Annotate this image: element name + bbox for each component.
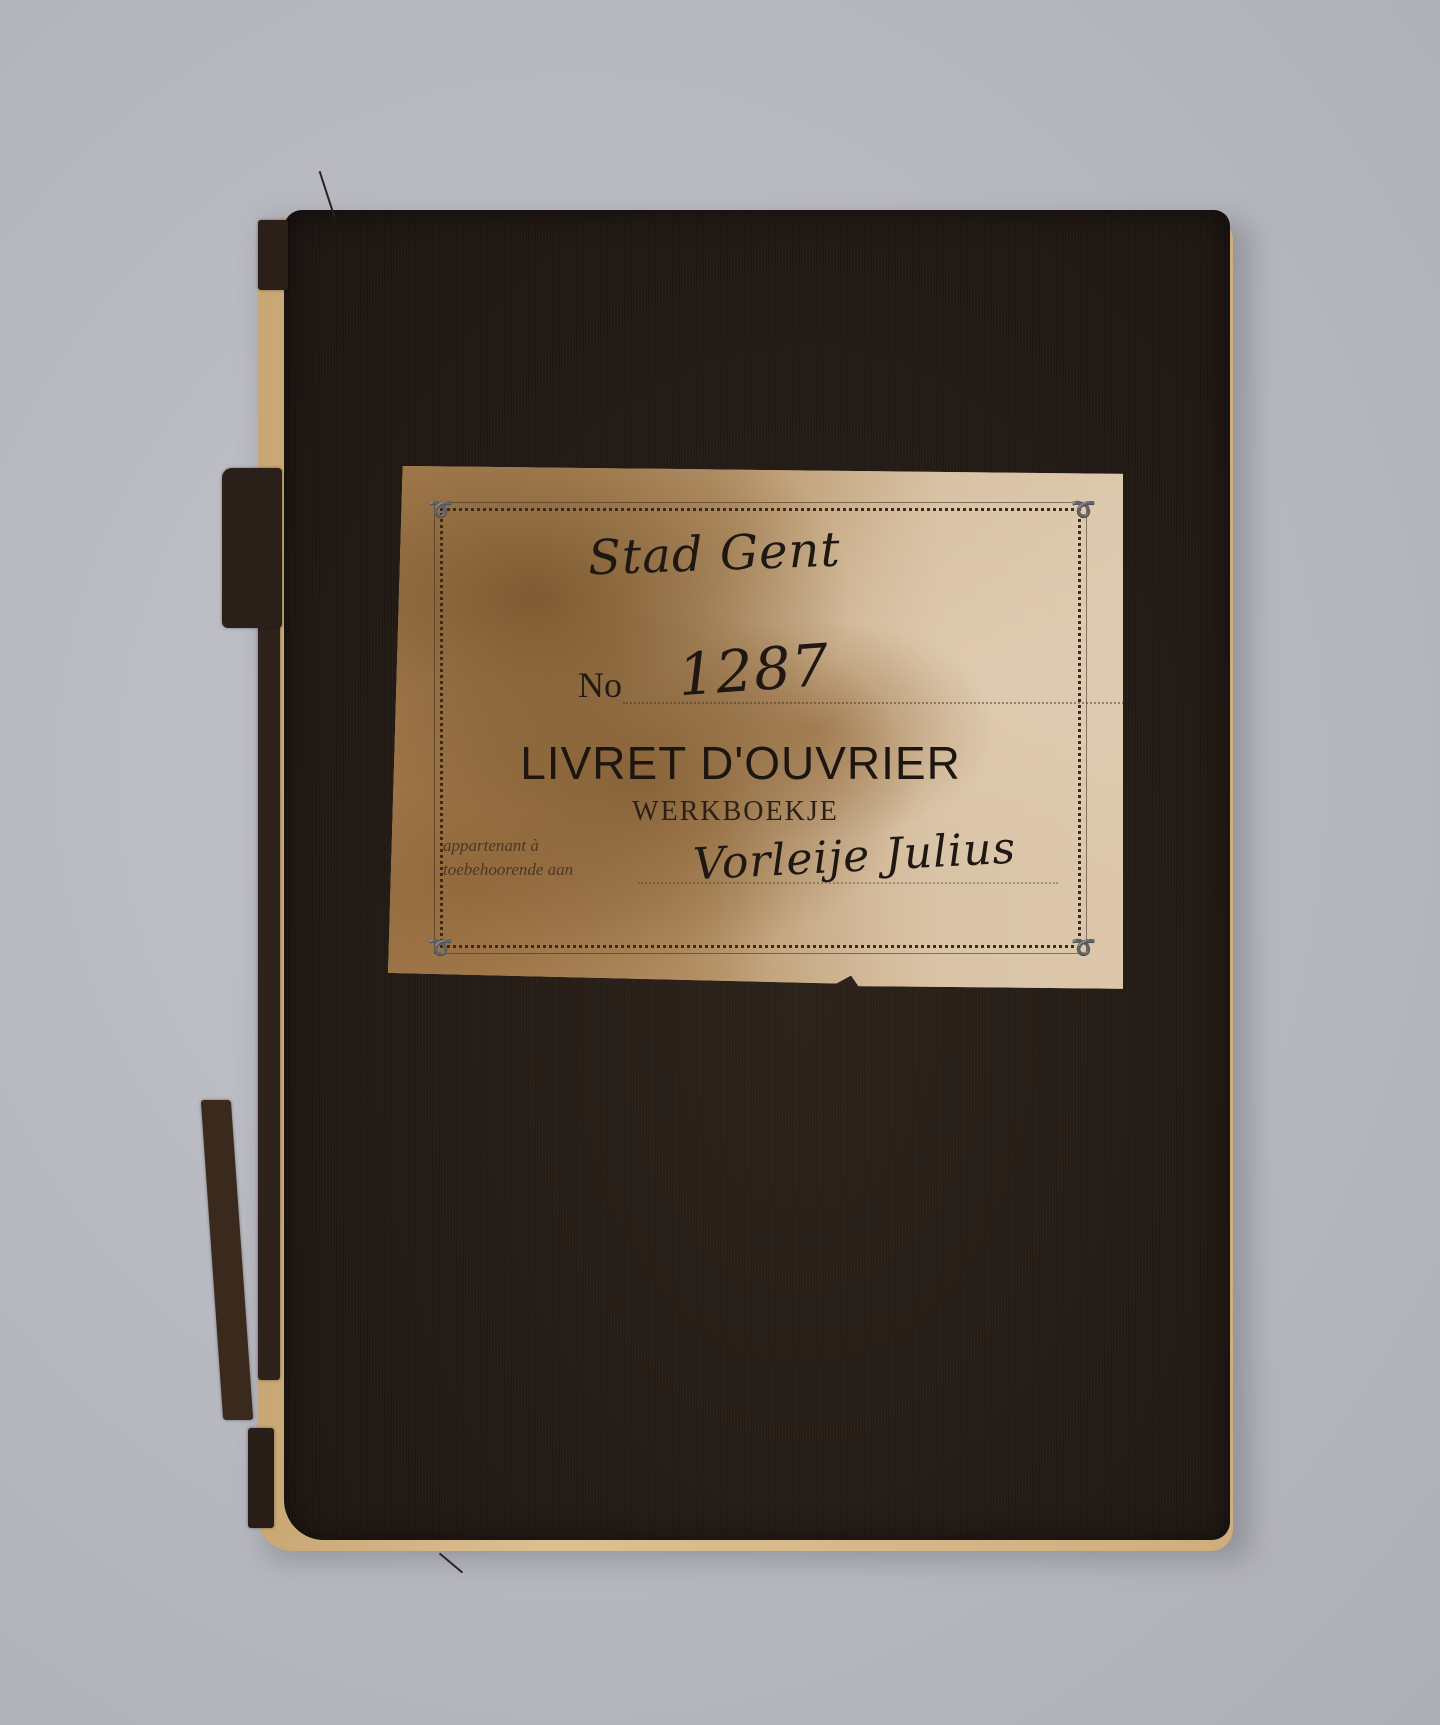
label-title: LIVRET D'OUVRIER (388, 736, 1123, 790)
spine-cloth-bottom (248, 1428, 274, 1528)
number-prefix: No (578, 664, 622, 706)
scroll-ornament-icon: ➰ (1071, 498, 1093, 520)
photo-scene: ➰ ➰ ➰ ➰ Stad Gent No 1287 LIVRET D'OUVRI… (0, 0, 1440, 1725)
spine-cloth-tear (222, 468, 282, 628)
spine-cloth-strip (258, 620, 280, 1380)
scroll-ornament-icon: ➰ (428, 498, 450, 520)
handwritten-place: Stad Gent (587, 522, 842, 587)
owner-caption: appartenant à toebehoorende aan (443, 834, 573, 882)
cover-label: ➰ ➰ ➰ ➰ Stad Gent No 1287 LIVRET D'OUVRI… (388, 466, 1123, 994)
spine-cloth-tail (201, 1100, 253, 1420)
owner-caption-fr: appartenant à (443, 834, 573, 858)
scroll-ornament-icon: ➰ (1071, 936, 1093, 958)
owner-caption-nl: toebehoorende aan (443, 858, 573, 882)
handwritten-number: 1287 (676, 631, 832, 709)
scroll-ornament-icon: ➰ (428, 936, 450, 958)
spine-cloth-top (258, 220, 288, 290)
